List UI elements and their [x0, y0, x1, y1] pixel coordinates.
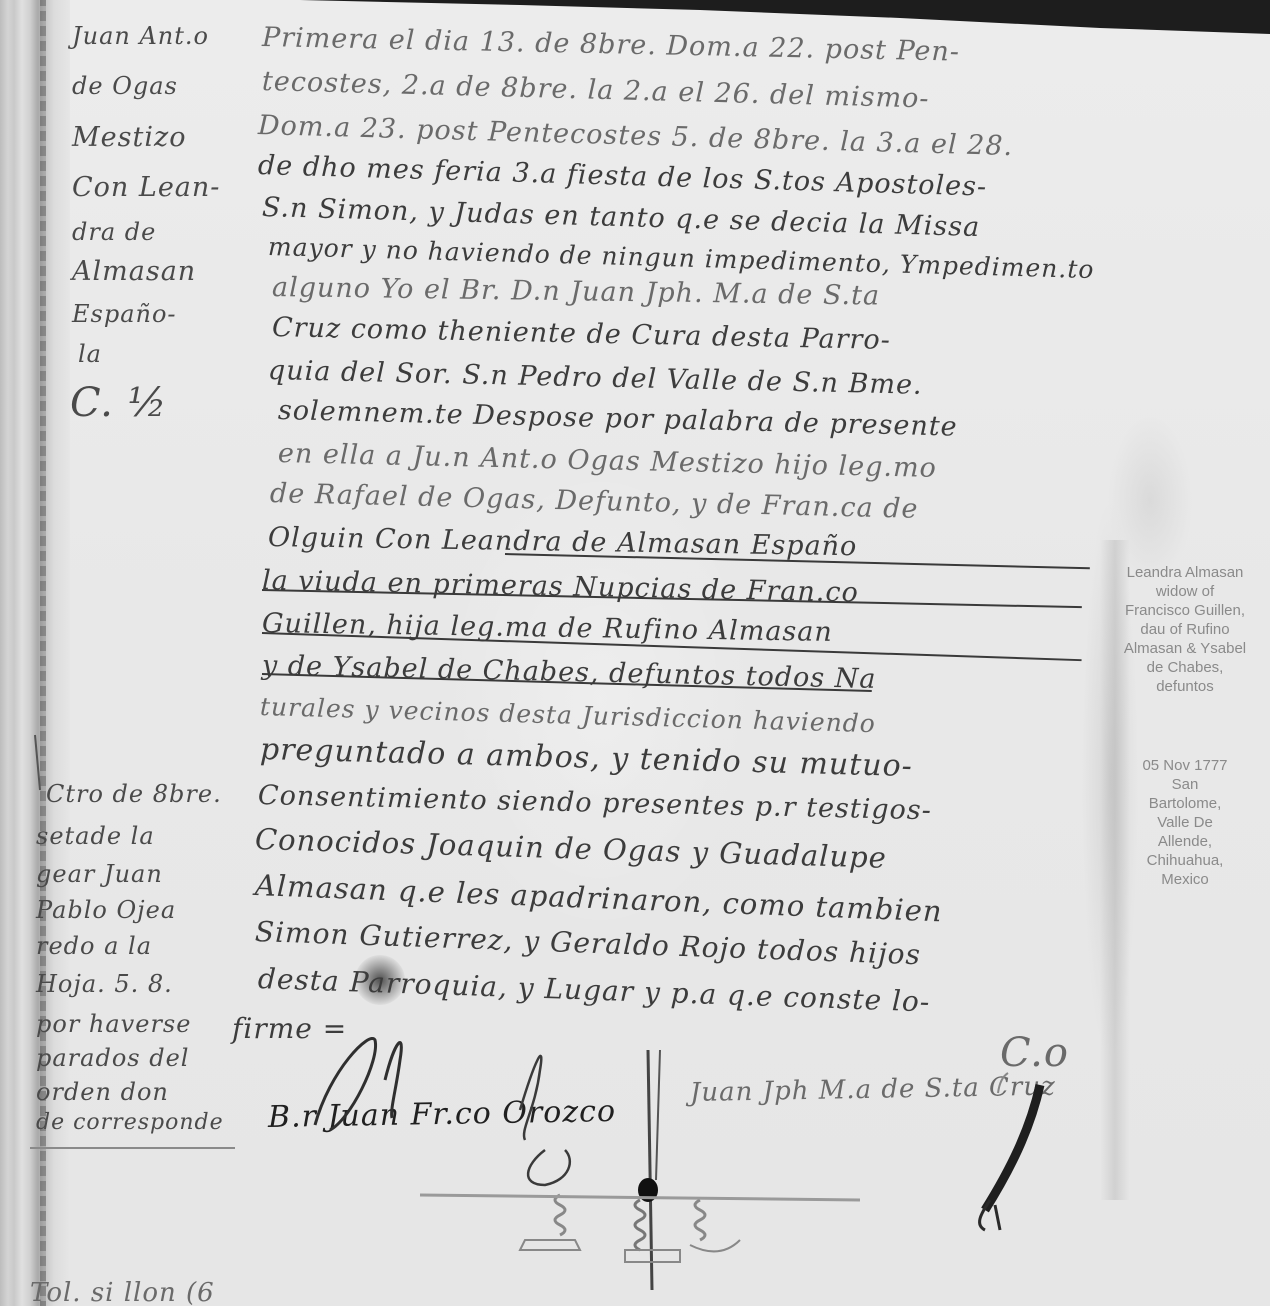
annotation-event: 05 Nov 1777 San Bartolome, Valle De Alle… — [1100, 756, 1270, 889]
event-place-line: Chihuahua, — [1100, 851, 1270, 870]
annotation-summary: Leandra Almasan widow of Francisco Guill… — [1100, 563, 1270, 696]
annotation-line: de Chabes, — [1100, 658, 1270, 677]
annotation-line: Francisco Guillen, — [1100, 601, 1270, 620]
event-place-line: Valle De — [1100, 813, 1270, 832]
event-place-line: San — [1100, 775, 1270, 794]
annotation-line: Almasan & Ysabel — [1100, 639, 1270, 658]
event-place-line: Mexico — [1100, 870, 1270, 889]
annotation-line: widow of — [1100, 582, 1270, 601]
scanned-page: Juan Ant.o de Ogas Mestizo Con Lean- dra… — [0, 0, 1270, 1306]
signature-flourishes — [0, 0, 1270, 1306]
next-entry-fragment: Tol. si llon (6 — [30, 1278, 215, 1306]
event-date: 05 Nov 1777 — [1100, 756, 1270, 775]
annotation-line: Leandra Almasan — [1100, 563, 1270, 582]
event-place-line: Bartolome, — [1100, 794, 1270, 813]
annotation-line: defuntos — [1100, 677, 1270, 696]
event-place-line: Allende, — [1100, 832, 1270, 851]
annotation-line: dau of Rufino — [1100, 620, 1270, 639]
